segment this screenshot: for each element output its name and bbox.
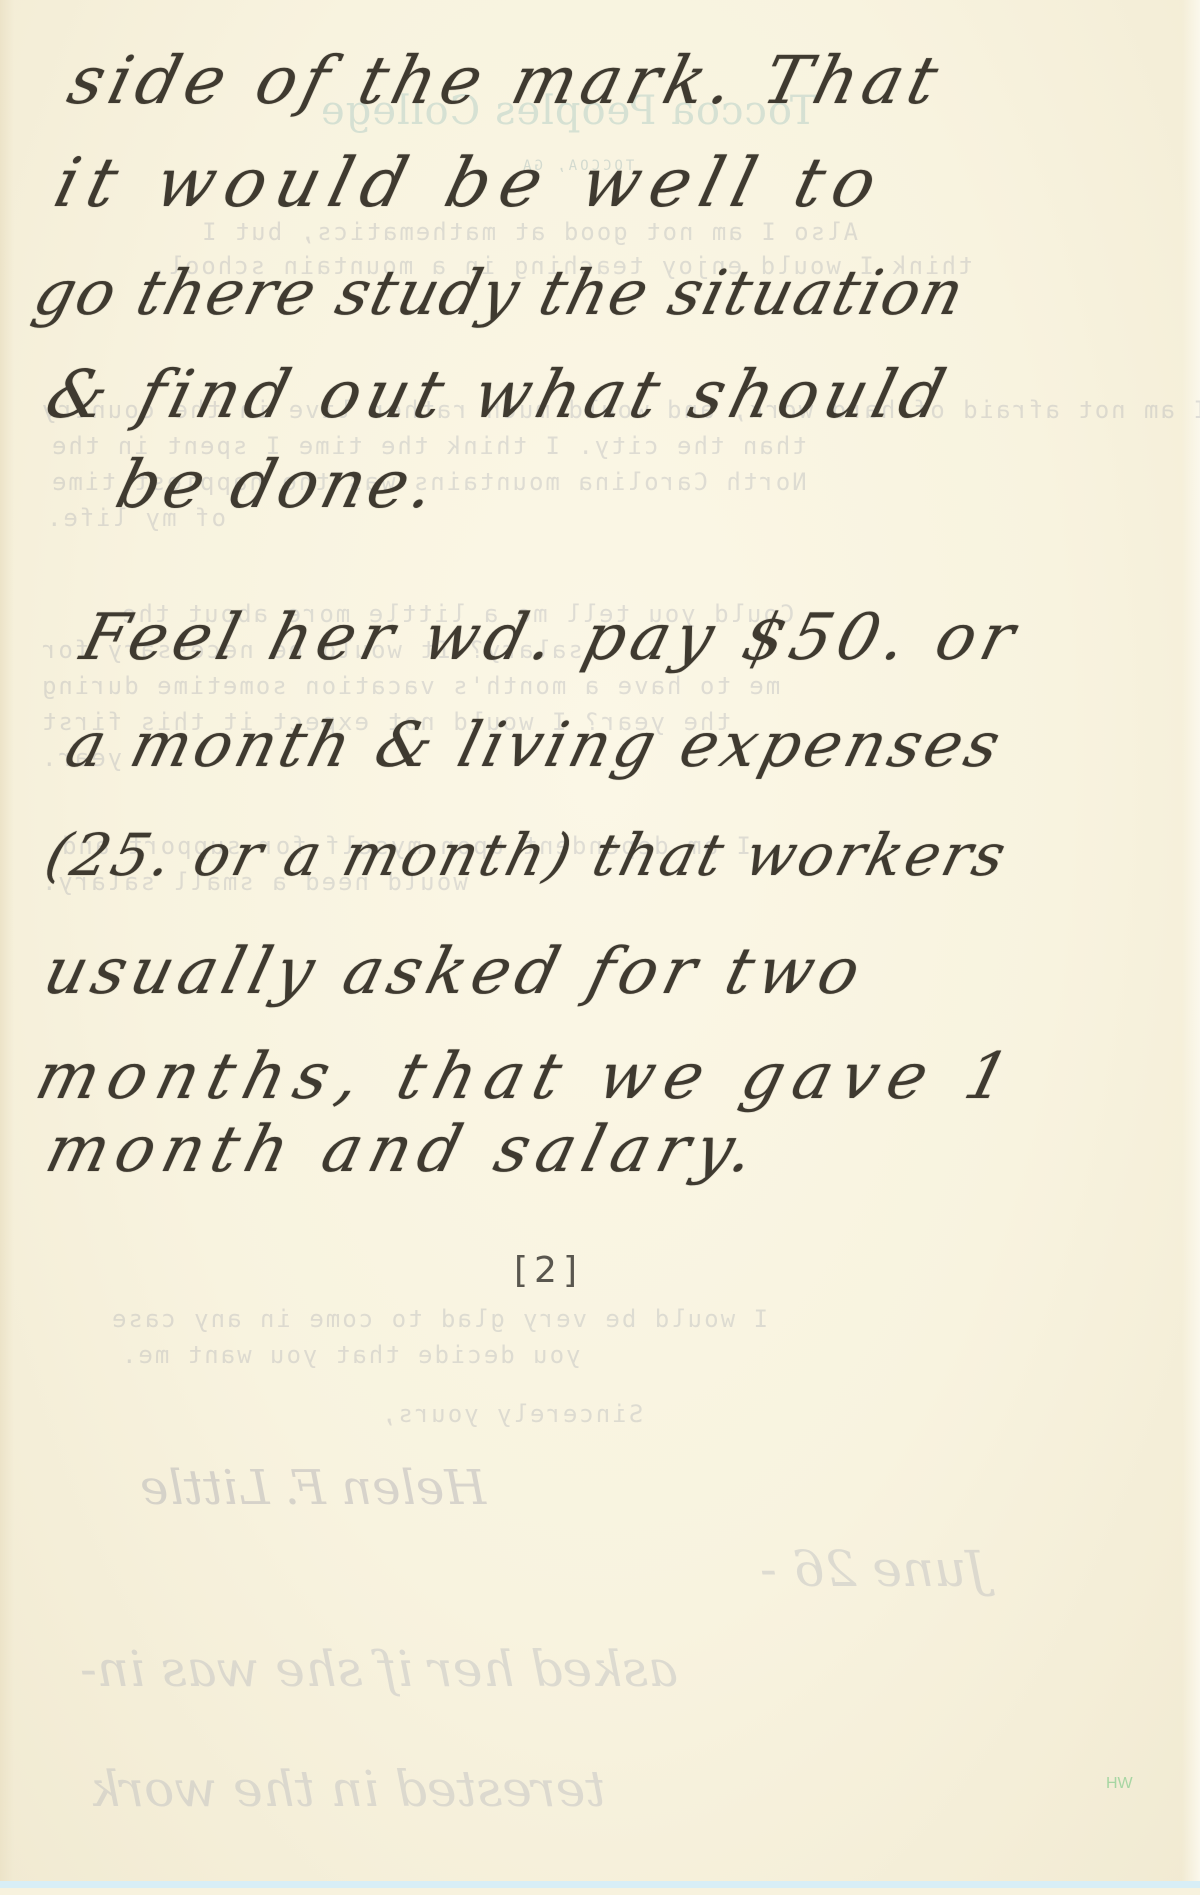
scan-bottom-edge bbox=[0, 1881, 1200, 1888]
bleed-through-typed-line: you decide that you want me. bbox=[120, 1341, 581, 1369]
page-number: [2] bbox=[514, 1250, 583, 1291]
bleed-through-pencil-note: June 26 - bbox=[760, 1540, 986, 1598]
bleed-through-closing: Sincerely yours, bbox=[380, 1400, 643, 1428]
paper-left-edge-shadow bbox=[0, 0, 14, 1888]
handwritten-line: be done. bbox=[110, 452, 445, 518]
handwritten-line: Feel her wd. pay $50. or bbox=[75, 606, 1026, 670]
handwritten-line: months, that we gave 1 bbox=[30, 1045, 1025, 1109]
paper-right-edge bbox=[1182, 0, 1200, 1888]
handwritten-line: usually asked for two bbox=[38, 940, 872, 1004]
bleed-through-pencil-note: asked her if she was in- bbox=[80, 1640, 678, 1698]
handwritten-line: it would be well to bbox=[48, 150, 893, 218]
handwritten-line: (25. or a month) that workers bbox=[40, 826, 1014, 884]
letter-page: Toccoa Peoples College TOCCOA, GA Also I… bbox=[0, 0, 1200, 1888]
handwritten-line: month and salary. bbox=[40, 1118, 769, 1182]
bleed-through-typed-line: I would be very glad to come in any case bbox=[110, 1305, 768, 1333]
handwritten-line: side of the mark. That bbox=[62, 48, 950, 114]
handwritten-line: go there study the situation bbox=[28, 262, 972, 324]
bleed-through-pencil-note: terested in the work bbox=[90, 1760, 605, 1818]
bleed-through-typed-line: me to have a month's vacation sometime d… bbox=[40, 672, 780, 700]
handwritten-line: & find out what should bbox=[40, 362, 957, 428]
handwritten-line: a month & living expenses bbox=[60, 714, 1010, 776]
bleed-through-signature: Helen F. Little bbox=[140, 1460, 486, 1516]
archive-mark: HW bbox=[1106, 1775, 1133, 1793]
